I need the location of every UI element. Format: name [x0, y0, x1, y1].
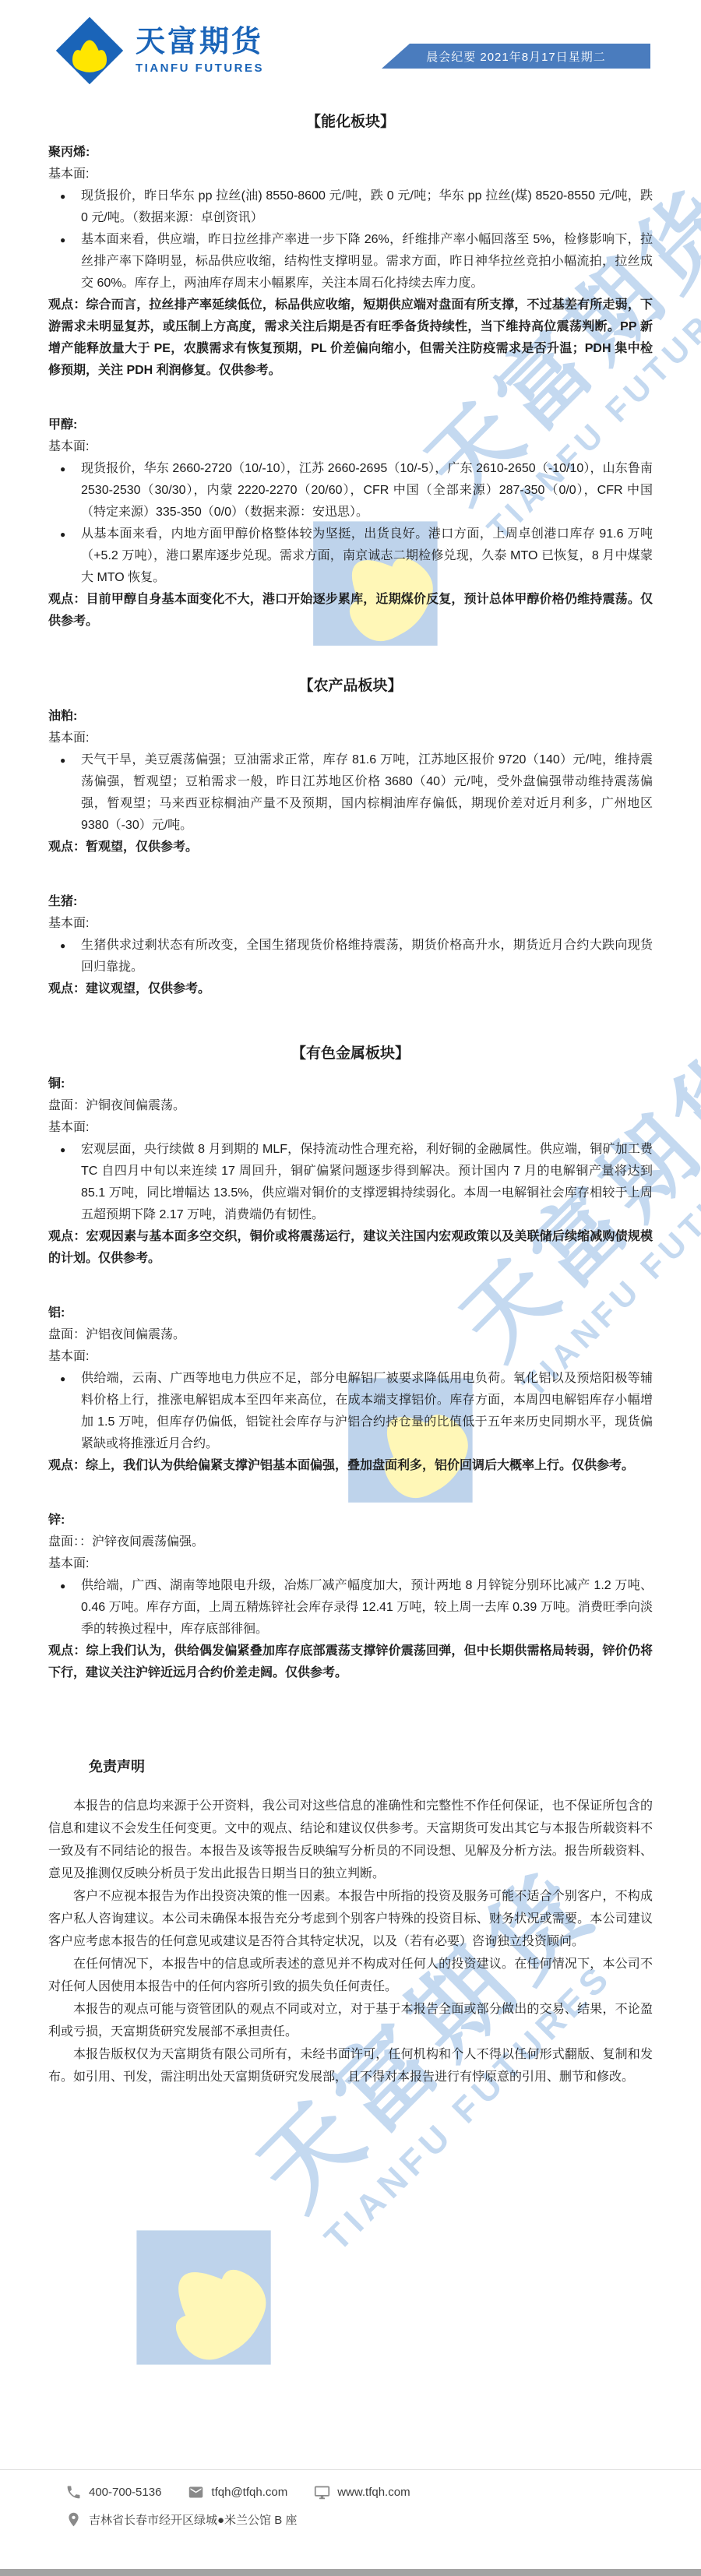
bullet-item: 天气干旱，美豆震荡偏强；豆油需求正常，库存 81.6 万吨，江苏地区报价 972… — [48, 749, 653, 837]
email-address: tfqh@tfqh.com — [211, 2486, 287, 2499]
fundamentals-label: 基本面: — [48, 728, 653, 749]
tianfu-logo-icon — [64, 2158, 343, 2437]
fundamentals-label: 基本面: — [48, 1553, 653, 1575]
meeting-date-banner: 晨会纪要 2021年8月17日星期二 — [382, 44, 650, 69]
commodity-name: 油粕: — [48, 706, 653, 728]
fundamentals-label: 基本面: — [48, 164, 653, 185]
phone-contact: 400-700-5136 — [65, 2484, 161, 2500]
report-page: 天富期货 TIANFU FUTURES 天富期货 TIANFU FUTURES … — [0, 0, 701, 2576]
contact-block: 400-700-5136 tfqh@tfqh.com www.tfqh.com … — [0, 2470, 701, 2528]
phone-icon — [65, 2484, 82, 2500]
bullet-item: 现货报价，华东 2660-2720（10/-10），江苏 2660-2695（1… — [48, 458, 653, 523]
section-title-agriculture: 【农产品板块】 — [48, 675, 653, 698]
phone-number: 400-700-5136 — [89, 2486, 161, 2499]
disclaimer-paragraph: 客户不应视本报告为作出投资决策的惟一因素。本报告中所指的投资及服务可能不适合个别… — [48, 1885, 653, 1953]
logo-name-cn: 天富期货 — [136, 26, 264, 58]
disclaimer: 免责声明 本报告的信息均来源于公开资料，我公司对这些信息的准确性和完整性不作任何… — [48, 1756, 653, 2088]
tianfu-logo-icon — [55, 16, 125, 86]
viewpoint-text: 观点：宏观因素与基本面多空交织，铜价或将震荡运行，建议关注国内宏观政策以及美联储… — [48, 1226, 653, 1270]
market-label: 盘面：：沪锌夜间震荡偏强。 — [48, 1531, 653, 1553]
website-url: www.tfqh.com — [337, 2486, 410, 2499]
disclaimer-paragraph: 本报告的信息均来源于公开资料，我公司对这些信息的准确性和完整性不作任何保证，也不… — [48, 1795, 653, 1885]
contact-row-address: 吉林省长春市经开区绿城●米兰公馆 B 座 — [65, 2511, 701, 2528]
commodity-block-aluminum: 铝: 盘面：沪铝夜间偏震荡。 基本面: 供给端，云南、广西等地电力供应不足，部分… — [48, 1302, 653, 1477]
viewpoint-text: 观点：综合而言，拉丝排产率延续低位，标品供应收缩，短期供应端对盘面有所支撑，不过… — [48, 294, 653, 382]
viewpoint-text: 观点：目前甲醇自身基本面变化不大，港口开始逐步累库，近期煤价反复，预计总体甲醇价… — [48, 589, 653, 633]
bullet-item: 宏观层面，央行续做 8 月到期的 MLF，保持流动性合理充裕，利好铜的金融属性。… — [48, 1139, 653, 1226]
commodity-name: 甲醇: — [48, 414, 653, 436]
disclaimer-paragraph: 本报告的观点可能与资管团队的观点不同或对立，对于基于本报告全面或部分做出的交易、… — [48, 1998, 653, 2043]
viewpoint-text: 观点：综上我们认为，供给偶发偏紧叠加库存底部震荡支撑锌价震荡回弹，但中长期供需格… — [48, 1640, 653, 1684]
commodity-name: 生猪: — [48, 891, 653, 913]
section-title-energy-chem: 【能化板块】 — [48, 111, 653, 134]
viewpoint-text: 观点：暂观望，仅供参考。 — [48, 837, 653, 858]
commodity-block-copper: 铜: 盘面：沪铜夜间偏震荡。 基本面: 宏观层面，央行续做 8 月到期的 MLF… — [48, 1073, 653, 1270]
fundamentals-label: 基本面: — [48, 1346, 653, 1368]
viewpoint-text: 观点：综上，我们认为供给偏紧支撑沪铝基本面偏强，叠加盘面利多，铝价回调后大概率上… — [48, 1455, 653, 1477]
bullet-item: 从基本面来看，内地方面甲醇价格整体较为坚挺，出货良好。港口方面，上周卓创港口库存… — [48, 523, 653, 589]
monitor-icon — [314, 2484, 330, 2500]
commodity-name: 锌: — [48, 1510, 653, 1531]
fundamentals-label: 基本面: — [48, 436, 653, 458]
header: 天富期货 TIANFU FUTURES 晨会纪要 2021年8月17日星期二 — [0, 0, 701, 93]
bullet-item: 现货报价，昨日华东 pp 拉丝(油) 8550-8600 元/吨，跌 0 元/吨… — [48, 185, 653, 229]
footer: 400-700-5136 tfqh@tfqh.com www.tfqh.com … — [0, 2469, 701, 2576]
disclaimer-paragraph: 在任何情况下，本报告中的信息或所表述的意见并不构成对任何人的投资建议。在任何情况… — [48, 1953, 653, 1998]
bullet-item: 供给端，广西、湖南等地限电升级，冶炼厂减产幅度加大，预计两地 8 月锌锭分别环比… — [48, 1575, 653, 1640]
company-logo: 天富期货 TIANFU FUTURES — [55, 16, 264, 86]
report-body: 【能化板块】 聚丙烯: 基本面: 现货报价，昨日华东 pp 拉丝(油) 8550… — [0, 111, 701, 2088]
section-title-nonferrous: 【有色金属板块】 — [48, 1042, 653, 1066]
commodity-name: 铜: — [48, 1073, 653, 1095]
bullet-item: 基本面来看，供应端，昨日拉丝排产率进一步下降 26%，纤维排产率小幅回落至 5%… — [48, 229, 653, 294]
email-contact: tfqh@tfqh.com — [188, 2484, 287, 2500]
disclaimer-title: 免责声明 — [89, 1756, 653, 1776]
commodity-block-methanol: 甲醇: 基本面: 现货报价，华东 2660-2720（10/-10），江苏 26… — [48, 414, 653, 633]
contact-row-primary: 400-700-5136 tfqh@tfqh.com www.tfqh.com — [65, 2484, 701, 2500]
address-text: 吉林省长春市经开区绿城●米兰公馆 B 座 — [89, 2511, 297, 2528]
commodity-name: 聚丙烯: — [48, 142, 653, 164]
market-label: 盘面：沪铜夜间偏震荡。 — [48, 1095, 653, 1117]
logo-name-en: TIANFU FUTURES — [136, 62, 264, 75]
commodity-block-oil-meal: 油粕: 基本面: 天气干旱，美豆震荡偏强；豆油需求正常，库存 81.6 万吨，江… — [48, 706, 653, 858]
commodity-block-hogs: 生猪: 基本面: 生猪供求过剩状态有所改变，全国生猪现货价格维持震荡，期货价格高… — [48, 891, 653, 1000]
disclaimer-paragraph: 本报告版权仅为天富期货有限公司所有，未经书面许可，任何机构和个人不得以任何形式翻… — [48, 2043, 653, 2088]
bullet-item: 供给端，云南、广西等地电力供应不足，部分电解铝厂被要求降低用电负荷。氧化铝以及预… — [48, 1368, 653, 1455]
fundamentals-label: 基本面: — [48, 913, 653, 935]
commodity-block-zinc: 锌: 盘面：：沪锌夜间震荡偏强。 基本面: 供给端，广西、湖南等地限电升级，冶炼… — [48, 1510, 653, 1684]
logo-text: 天富期货 TIANFU FUTURES — [136, 26, 264, 75]
commodity-block-polypropylene: 聚丙烯: 基本面: 现货报价，昨日华东 pp 拉丝(油) 8550-8600 元… — [48, 142, 653, 382]
location-pin-icon — [65, 2511, 82, 2528]
website-contact: www.tfqh.com — [314, 2484, 410, 2500]
bullet-item: 生猪供求过剩状态有所改变，全国生猪现货价格维持震荡，期货价格高升水，期货近月合约… — [48, 935, 653, 978]
fundamentals-label: 基本面: — [48, 1117, 653, 1139]
commodity-name: 铝: — [48, 1302, 653, 1324]
market-label: 盘面：沪铝夜间偏震荡。 — [48, 1324, 653, 1346]
footer-gray-bar — [0, 2569, 701, 2576]
viewpoint-text: 观点：建议观望，仅供参考。 — [48, 978, 653, 1000]
envelope-icon — [188, 2484, 204, 2500]
address-contact: 吉林省长春市经开区绿城●米兰公馆 B 座 — [65, 2511, 297, 2528]
